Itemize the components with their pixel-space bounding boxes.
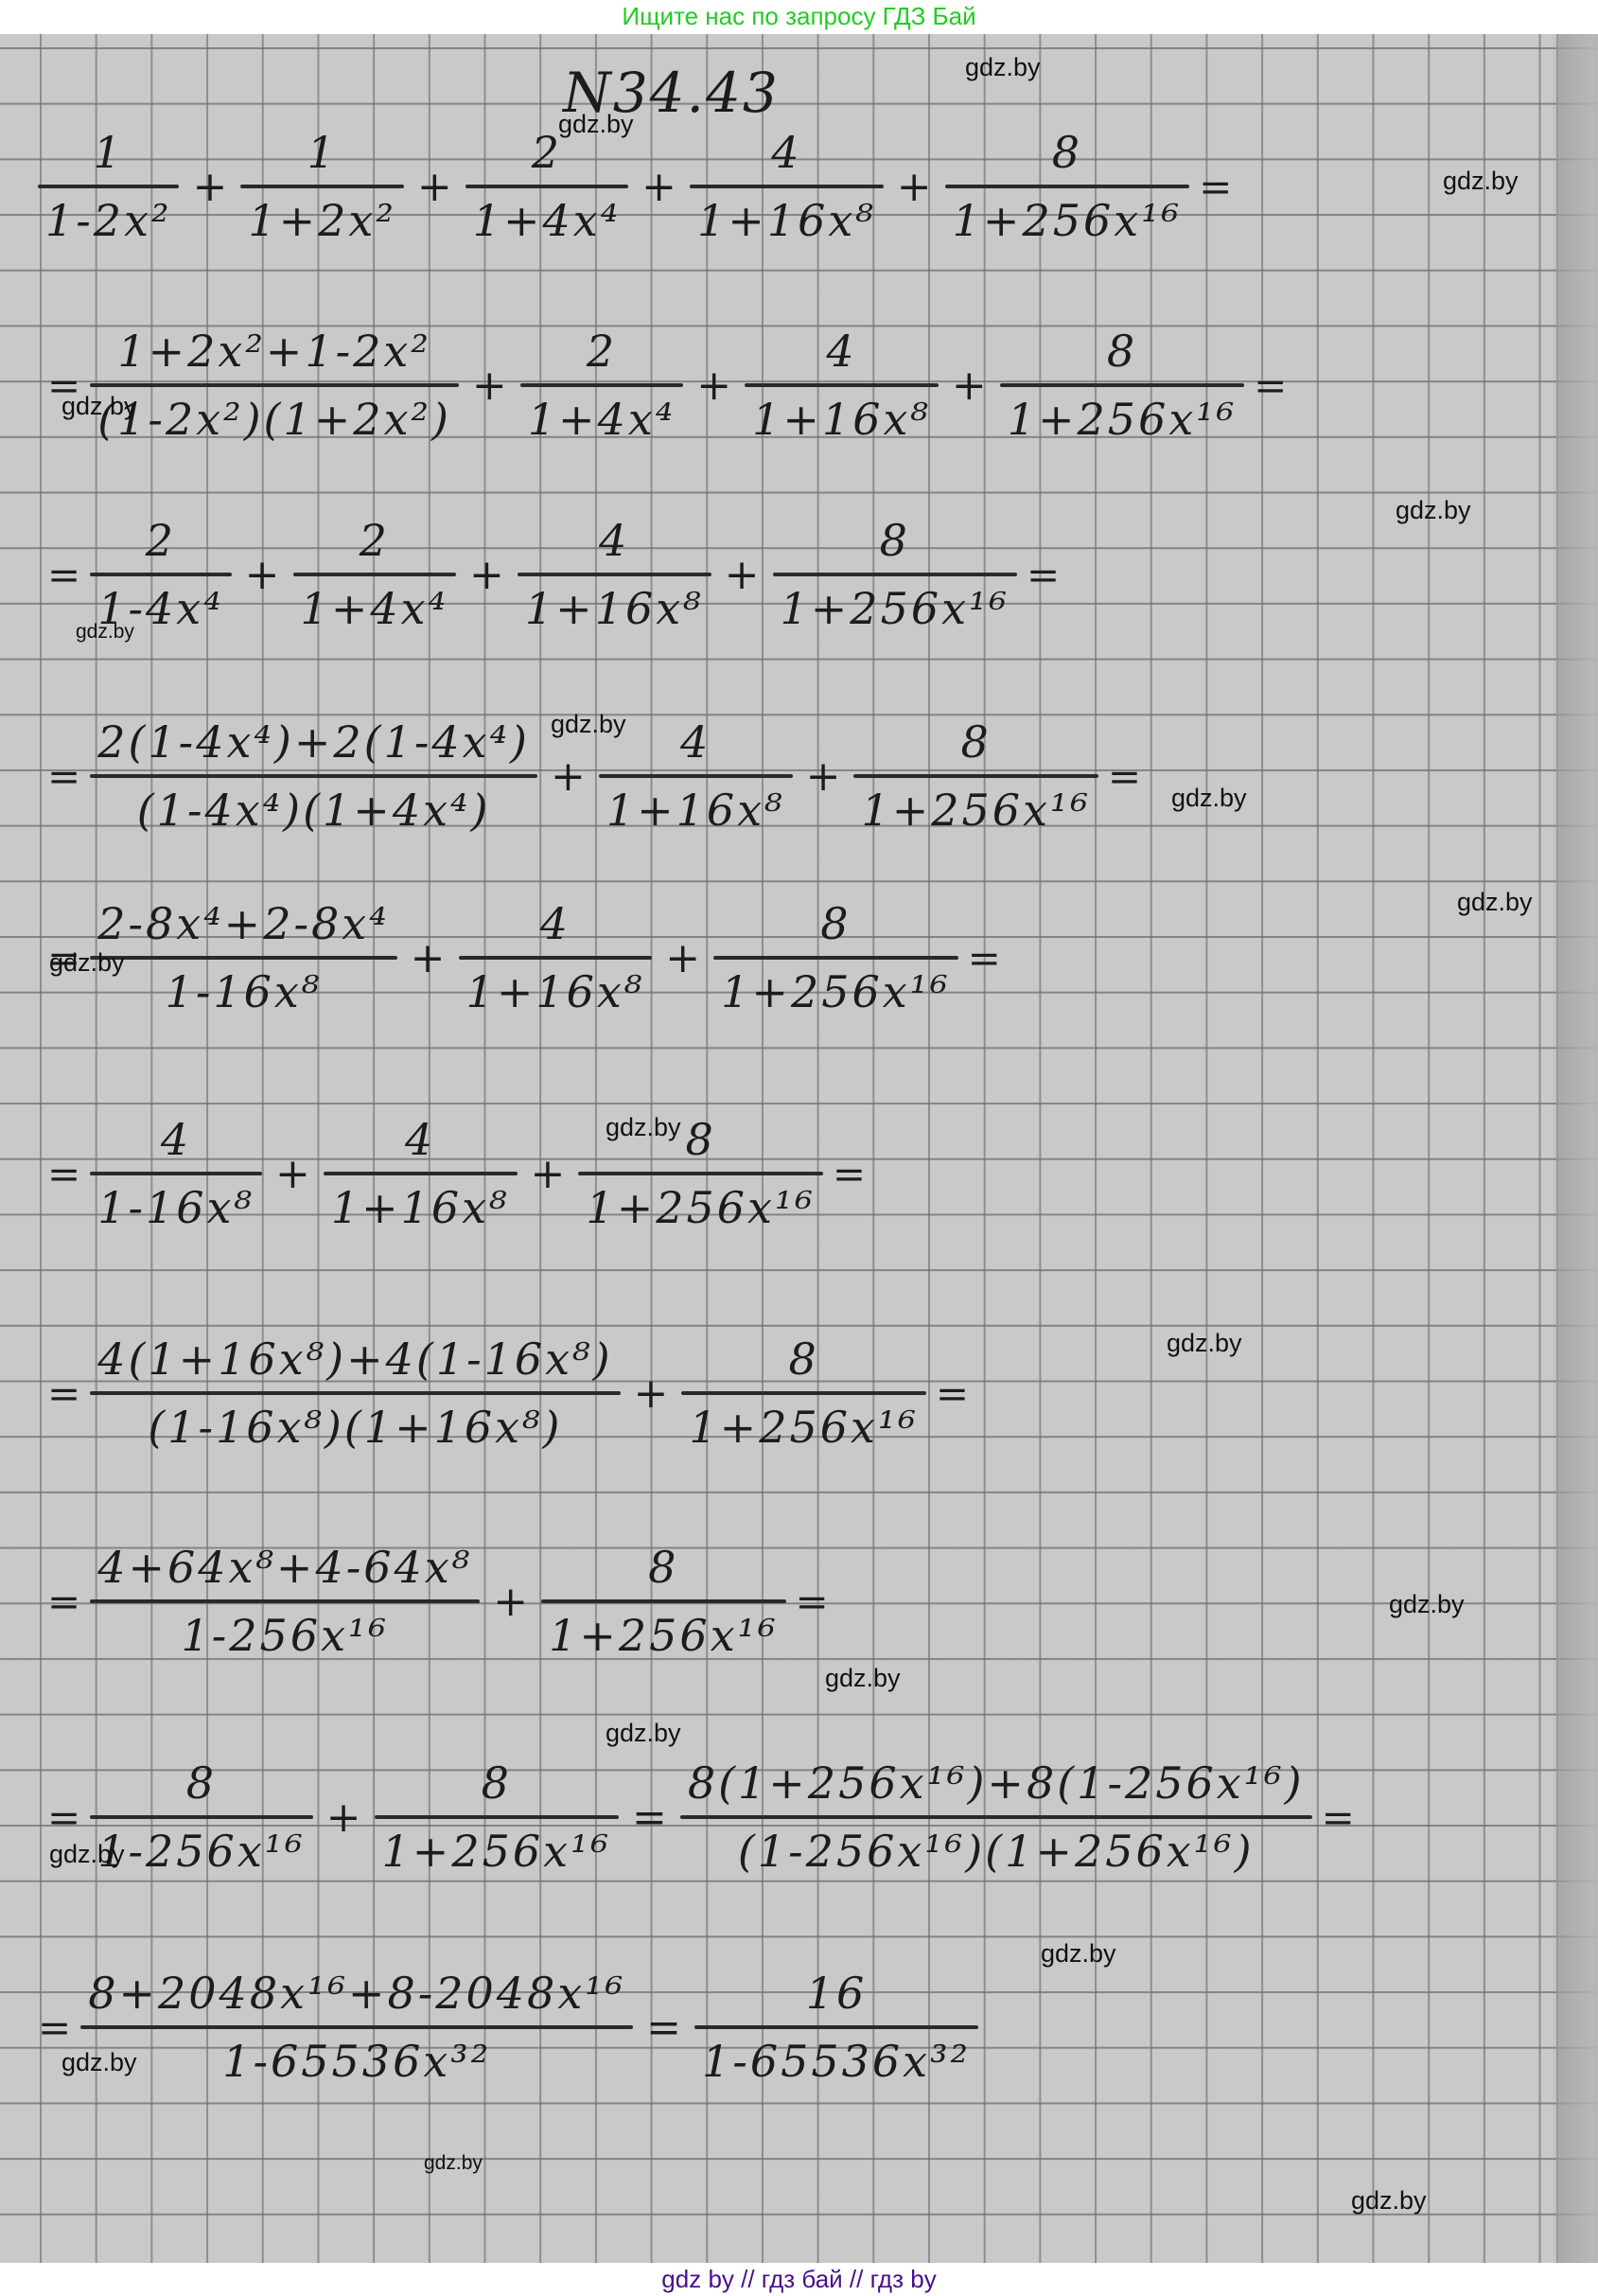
numerator: 16 [799, 1965, 875, 2022]
equals-sign: = [796, 1579, 829, 1625]
equals-sign: = [646, 2004, 681, 2052]
solution-step: =81-256x¹⁶+81+256x¹⁶=8(1+256x¹⁶)+8(1-256… [0, 1755, 1598, 1880]
fraction-bar [773, 573, 1017, 576]
plus-sign: + [551, 752, 586, 801]
fraction-bar [293, 573, 456, 576]
watermark: gdz.by [825, 1664, 901, 1693]
numerator: 2-8x⁴+2-8x⁴ [90, 895, 396, 952]
numerator: 4 [153, 1111, 199, 1168]
equals-sign: = [1199, 164, 1232, 210]
fraction-bar [90, 573, 231, 576]
numerator: 4 [533, 895, 578, 952]
fraction: 21+4x⁴ [465, 124, 628, 249]
watermark: gdz.by [1396, 496, 1471, 525]
numerator: 8 [678, 1111, 724, 1168]
numerator: 1 [86, 124, 132, 181]
plus-sign: + [192, 163, 227, 211]
fraction: 4(1+16x⁸)+4(1-16x⁸)(1-16x⁸)(1+16x⁸) [90, 1331, 620, 1456]
plus-sign: + [806, 752, 841, 801]
fraction-bar [80, 2025, 633, 2029]
plus-sign: + [417, 163, 452, 211]
denominator: 1+256x¹⁶ [541, 1607, 785, 1664]
equals-sign: = [47, 1794, 80, 1841]
fraction-bar [1000, 383, 1244, 387]
plus-sign: + [469, 551, 504, 599]
denominator: 1-256x¹⁶ [173, 1607, 395, 1664]
denominator: (1-4x⁴)(1+4x⁴) [130, 782, 499, 839]
equals-sign: = [1108, 753, 1141, 800]
fraction: 2(1-4x⁴)+2(1-4x⁴)(1-4x⁴)(1+4x⁴) [90, 714, 537, 839]
plus-sign: + [411, 934, 446, 982]
denominator: 1+256x¹⁶ [713, 963, 957, 1020]
fraction: 8(1+256x¹⁶)+8(1-256x¹⁶)(1-256x¹⁶)(1+256x… [680, 1755, 1312, 1880]
solution-step: =2(1-4x⁴)+2(1-4x⁴)(1-4x⁴)(1+4x⁴)+41+16x⁸… [0, 714, 1598, 839]
plus-sign: + [952, 362, 987, 410]
denominator: 1+16x⁸ [599, 782, 793, 839]
fraction: 21+4x⁴ [293, 512, 456, 637]
numerator: 4 [818, 323, 864, 380]
denominator: 1+256x¹⁶ [853, 782, 1098, 839]
equals-sign: = [968, 935, 1001, 981]
numerator: 8 [641, 1539, 686, 1596]
numerator: 4 [591, 512, 637, 569]
fraction-bar [90, 774, 537, 778]
fraction-bar [853, 774, 1098, 778]
denominator: 1+256x¹⁶ [681, 1399, 925, 1456]
denominator: 1-65536x³² [694, 2033, 978, 2090]
solution-step: 11-2x²+11+2x²+21+4x⁴+41+16x⁸+81+256x¹⁶= [0, 124, 1598, 249]
fraction: 11+2x² [240, 124, 403, 249]
denominator: 1+4x⁴ [293, 580, 456, 637]
denominator: 1-16x⁸ [90, 1179, 262, 1236]
numerator: 2 [579, 323, 624, 380]
numerator: 4 [397, 1111, 443, 1168]
equals-sign: = [833, 1151, 866, 1197]
denominator: 1+16x⁸ [459, 963, 653, 1020]
notebook-page: N34.43 11-2x²+11+2x²+21+4x⁴+41+16x⁸+81+2… [0, 34, 1598, 2263]
numerator: 4(1+16x⁸)+4(1-16x⁸) [90, 1331, 620, 1387]
solution-step: =21-4x⁴+21+4x⁴+41+16x⁸+81+256x¹⁶= [0, 512, 1598, 637]
numerator: 4 [764, 124, 809, 181]
numerator: 8 [474, 1755, 519, 1811]
fraction-bar [745, 383, 939, 387]
numerator: 8(1+256x¹⁶)+8(1-256x¹⁶) [680, 1755, 1312, 1811]
watermark: gdz.by [606, 1113, 681, 1142]
fraction: 4+64x⁸+4-64x⁸1-256x¹⁶ [90, 1539, 480, 1664]
denominator: 1+4x⁴ [465, 192, 628, 249]
fraction-bar [681, 1391, 925, 1395]
watermark: gdz.by [1041, 1939, 1116, 1969]
denominator: 1+256x¹⁶ [375, 1823, 619, 1880]
fraction-bar [465, 185, 628, 188]
numerator: 8 [1045, 124, 1090, 181]
fraction-bar [599, 774, 793, 778]
equals-sign: = [47, 552, 80, 598]
denominator: (1-2x²)(1+2x²) [90, 391, 459, 448]
denominator: 1+256x¹⁶ [578, 1179, 822, 1236]
fraction-bar [324, 1172, 518, 1175]
plus-sign: + [245, 551, 280, 599]
fraction: 41+16x⁸ [599, 714, 793, 839]
plus-sign: + [326, 1793, 361, 1842]
numerator: 2 [352, 512, 397, 569]
denominator: 1-65536x³² [215, 2033, 499, 2090]
watermark: gdz.by [76, 621, 134, 644]
solution-step: =1+2x²+1-2x²(1-2x²)(1+2x²)+21+4x⁴+41+16x… [0, 323, 1598, 448]
fraction: 11-2x² [38, 124, 179, 249]
fraction: 8+2048x¹⁶+8-2048x¹⁶1-65536x³² [80, 1965, 633, 2090]
equals-sign: = [1027, 552, 1060, 598]
fraction-bar [690, 185, 884, 188]
numerator: 8 [872, 512, 918, 569]
equals-sign: = [632, 1793, 667, 1842]
equals-sign: = [936, 1370, 969, 1417]
denominator: 1+256x¹⁶ [945, 192, 1189, 249]
fraction: 81+256x¹⁶ [713, 895, 957, 1020]
solution-step: =4+64x⁸+4-64x⁸1-256x¹⁶+81+256x¹⁶= [0, 1539, 1598, 1664]
fraction: 81+256x¹⁶ [945, 124, 1189, 249]
numerator: 2 [138, 512, 184, 569]
plus-sign: + [472, 362, 507, 410]
denominator: 1+16x⁸ [518, 580, 711, 637]
denominator: 1+16x⁸ [690, 192, 884, 249]
numerator: 4 [673, 714, 718, 770]
numerator: 8 [179, 1755, 224, 1811]
numerator: 2(1-4x⁴)+2(1-4x⁴) [90, 714, 537, 770]
fraction-bar [578, 1172, 822, 1175]
fraction-bar [90, 956, 396, 960]
watermark: gdz.by [965, 53, 1041, 82]
fraction-bar [375, 1815, 619, 1819]
watermark: gdz.by [49, 948, 125, 978]
fraction-bar [518, 573, 711, 576]
fraction: 81+256x¹⁶ [541, 1539, 785, 1664]
plus-sign: + [493, 1578, 528, 1626]
search-hint-banner: Ищите нас по запросу ГДЗ Бай [0, 0, 1598, 34]
plus-sign: + [634, 1369, 669, 1418]
watermark: gdz.by [1389, 1590, 1465, 1619]
fraction: 2-8x⁴+2-8x⁴1-16x⁸ [90, 895, 396, 1020]
numerator: 8 [813, 895, 858, 952]
fraction: 41+16x⁸ [324, 1111, 518, 1236]
fraction: 21-4x⁴ [90, 512, 231, 637]
fraction: 81+256x¹⁶ [375, 1755, 619, 1880]
fraction-bar [90, 383, 459, 387]
denominator: 1+256x¹⁶ [773, 580, 1017, 637]
watermark: gdz.by [1443, 167, 1519, 196]
equals-sign: = [1254, 362, 1287, 409]
fraction: 81+256x¹⁶ [1000, 323, 1244, 448]
equals-sign: = [47, 1579, 80, 1625]
fraction: 41+16x⁸ [459, 895, 653, 1020]
fraction: 81+256x¹⁶ [853, 714, 1098, 839]
solution-step: =8+2048x¹⁶+8-2048x¹⁶1-65536x³²=161-65536… [0, 1965, 1598, 2090]
fraction: 1+2x²+1-2x²(1-2x²)(1+2x²) [90, 323, 459, 448]
numerator: 8+2048x¹⁶+8-2048x¹⁶ [80, 1965, 633, 2022]
numerator: 8 [954, 714, 999, 770]
fraction-bar [680, 1815, 1312, 1819]
fraction: 41-16x⁸ [90, 1111, 262, 1236]
watermark: gdz.by [551, 710, 626, 739]
fraction-bar [90, 1172, 262, 1175]
fraction-bar [520, 383, 683, 387]
plus-sign: + [531, 1150, 566, 1198]
fraction: 161-65536x³² [694, 1965, 978, 2090]
fraction-bar [90, 1599, 480, 1603]
denominator: 1+16x⁸ [745, 391, 939, 448]
denominator: 1+2x² [240, 192, 403, 249]
denominator: 1+4x⁴ [520, 391, 683, 448]
watermark: gdz.by [1167, 1329, 1242, 1358]
plus-sign: + [641, 163, 676, 211]
equals-sign: = [1322, 1794, 1355, 1841]
fraction: 21+4x⁴ [520, 323, 683, 448]
numerator: 1 [299, 124, 344, 181]
solution-step: =41-16x⁸+41+16x⁸+81+256x¹⁶= [0, 1111, 1598, 1236]
watermark: gdz.by [424, 2152, 483, 2175]
numerator: 1+2x²+1-2x² [110, 323, 438, 380]
watermark: gdz.by [61, 2048, 137, 2077]
watermark: gdz.by [49, 1840, 125, 1869]
fraction-bar [90, 1815, 312, 1819]
equals-sign: = [47, 1151, 80, 1197]
fraction: 41+16x⁸ [690, 124, 884, 249]
site-links-banner: gdz by // гдз бай // гдз by [0, 2263, 1598, 2296]
denominator: 1-16x⁸ [158, 963, 330, 1020]
fraction: 41+16x⁸ [518, 512, 711, 637]
plus-sign: + [665, 934, 700, 982]
plus-sign: + [897, 163, 932, 211]
denominator: 1-2x² [38, 192, 179, 249]
plus-sign: + [275, 1150, 310, 1198]
fraction: 81+256x¹⁶ [681, 1331, 925, 1456]
equals-sign: = [38, 2005, 71, 2051]
watermark: gdz.by [61, 392, 137, 421]
numerator: 8 [781, 1331, 826, 1387]
fraction-bar [694, 2025, 978, 2029]
fraction-bar [240, 185, 403, 188]
denominator: 1+16x⁸ [324, 1179, 518, 1236]
fraction-bar [945, 185, 1189, 188]
watermark: gdz.by [1351, 2186, 1427, 2216]
fraction-bar [90, 1391, 620, 1395]
fraction-bar [459, 956, 653, 960]
fraction: 81+256x¹⁶ [773, 512, 1017, 637]
fraction-bar [541, 1599, 785, 1603]
numerator: 4+64x⁸+4-64x⁸ [90, 1539, 480, 1596]
denominator: 1+256x¹⁶ [1000, 391, 1244, 448]
equals-sign: = [47, 1370, 80, 1417]
watermark: gdz.by [1457, 888, 1533, 917]
watermark: gdz.by [606, 1719, 681, 1748]
numerator: 8 [1099, 323, 1145, 380]
plus-sign: + [696, 362, 731, 410]
solution-step: =2-8x⁴+2-8x⁴1-16x⁸+41+16x⁸+81+256x¹⁶= [0, 895, 1598, 1020]
watermark: gdz.by [1171, 784, 1247, 813]
fraction: 41+16x⁸ [745, 323, 939, 448]
equals-sign: = [47, 753, 80, 800]
fraction-bar [713, 956, 957, 960]
plus-sign: + [725, 551, 760, 599]
solution-step: =4(1+16x⁸)+4(1-16x⁸)(1-16x⁸)(1+16x⁸)+81+… [0, 1331, 1598, 1456]
denominator: (1-16x⁸)(1+16x⁸) [140, 1399, 570, 1456]
fraction-bar [38, 185, 179, 188]
denominator: (1-256x¹⁶)(1+256x¹⁶) [730, 1823, 1262, 1880]
watermark: gdz.by [558, 110, 634, 139]
